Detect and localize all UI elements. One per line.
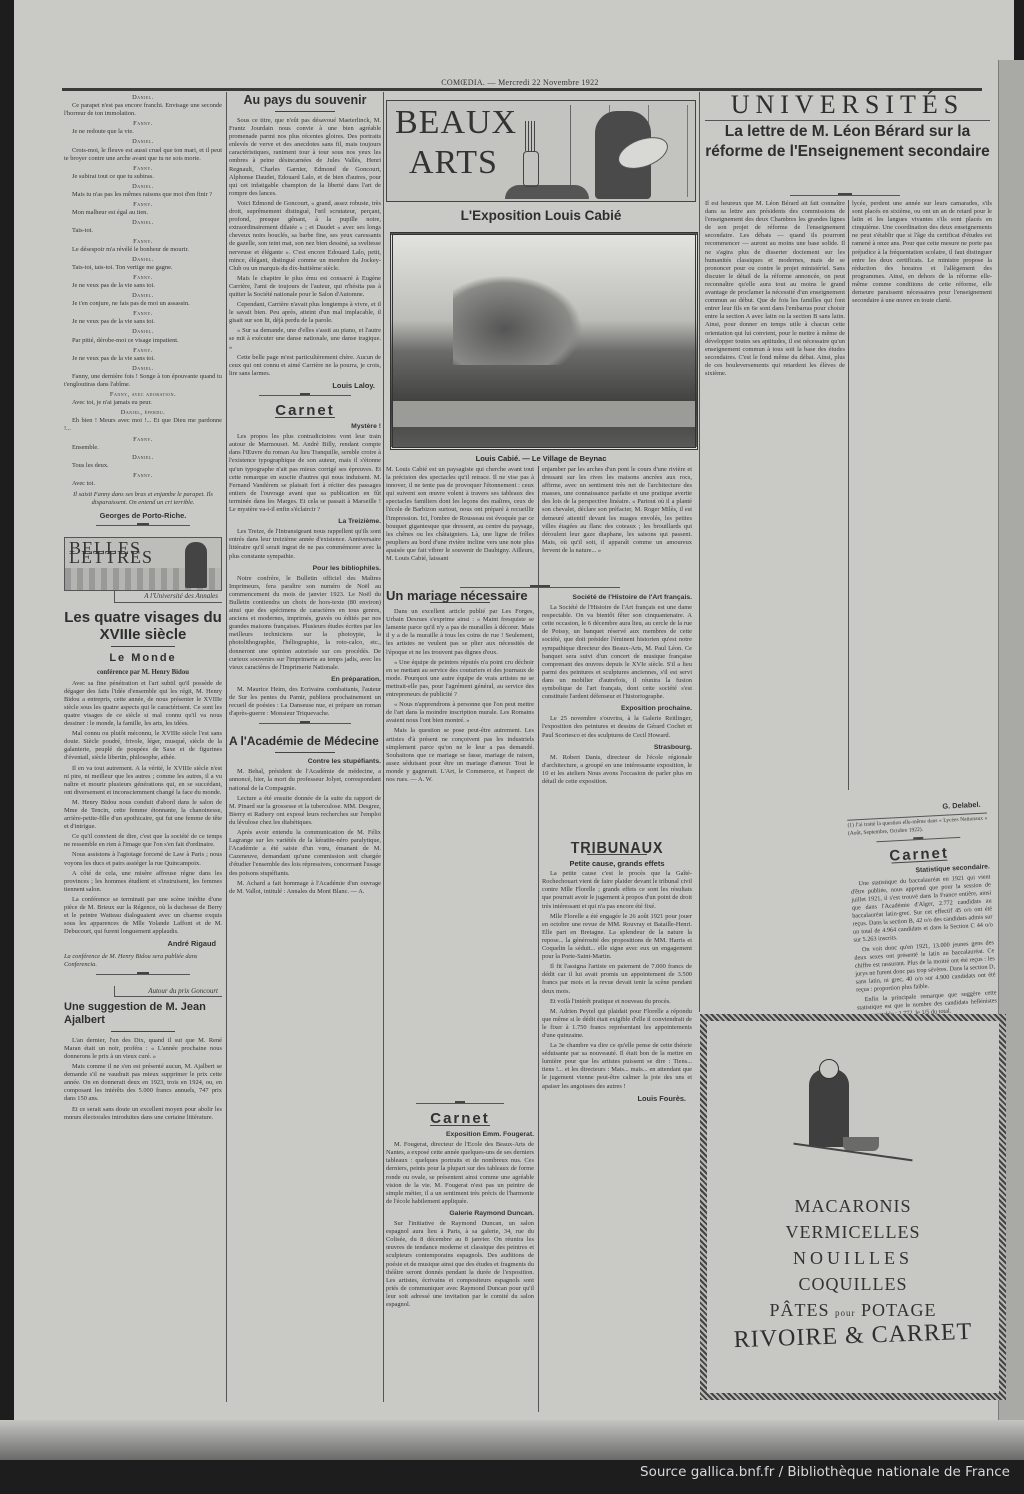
paragraph: Mais la question se pose peut-être autre… (386, 727, 534, 784)
dialogue-line: Je ne veux pas de la vie sans toi. (64, 355, 222, 363)
ornament-divider (96, 974, 191, 981)
dialogue-line: Avec toi, je n'ai jamais eu peur. (64, 399, 222, 407)
paragraph: Ce qu'il convient de dire, c'est que la … (64, 833, 222, 849)
carnet-text: Les Treize, de l'Intransigeant nous rapp… (229, 528, 381, 560)
carnet-text: M. Maurice Heim, des Ecrivains combattan… (229, 686, 381, 718)
carnet-title: Carnet (229, 407, 381, 415)
column-divider (538, 466, 539, 1412)
cooking-pot-icon (843, 1137, 879, 1151)
universites-body-left: Il est heureux que M. Léon Bérard ait fa… (705, 200, 845, 990)
tribunaux-body: La petite cause c'est le procès que la G… (542, 870, 692, 1090)
strasbourg-heading: Strasbourg. (542, 744, 692, 752)
speaker-name: Fanny. (64, 120, 222, 128)
paragraph: Mlle Florelle a été engagée le 26 août 1… (542, 913, 692, 962)
page-shadow (0, 1420, 1024, 1460)
paragraph: Mais comme il ne s'en est présenté aucun… (64, 1063, 222, 1103)
paragraph: Avec sa fine pénétration et l'art subtil… (64, 680, 222, 729)
stage-direction: Il saisit Fanny dans ses bras et enjambe… (64, 491, 222, 507)
carnet-title: Carnet (386, 1115, 534, 1123)
article-signature: André Rigaud (70, 940, 216, 948)
product-list: MACARONIS VERMICELLES NOUILLES COQUILLES… (707, 1193, 999, 1326)
speaker-name: Daniel. (64, 292, 222, 300)
paragraph: M. Achard a fait hommage à l'Académie d'… (229, 880, 381, 896)
paragraph: Cependant, Carrière n'avait plus longtem… (229, 301, 381, 325)
potage-word: POTAGE (861, 1300, 937, 1320)
goncourt-title: Une suggestion de M. Jean Ajalbert (64, 1001, 222, 1027)
dialogue-line: Crois-moi, le fleuve est aussi cruel que… (64, 147, 222, 163)
dialogue-line: Ensemble. (64, 444, 222, 452)
paragraph: Cette belle page m'est particulièrement … (229, 354, 381, 378)
ornament-divider (259, 395, 350, 402)
speaker-name: Fanny. (64, 165, 222, 173)
carnet-body: Une statistique du baccalauréat en 1921 … (850, 873, 997, 1020)
landscape-photo (390, 232, 698, 450)
academie-body: M. Behal, président de l'Académie de méd… (229, 768, 381, 895)
speaker-name: Fanny. (64, 436, 222, 444)
belles-lettres-rubric: BELLES LETTRES (64, 537, 222, 591)
dialogue-line: Mon malheur est égal au tien. (64, 209, 222, 217)
product-item: VERMICELLES (707, 1219, 999, 1245)
column-divider (848, 200, 849, 790)
speaker-name: Fanny. (64, 472, 222, 480)
speaker-name: Daniel. (64, 219, 222, 227)
carnet-text: Les propos les plus contradictoires vont… (229, 433, 381, 514)
paragraph: Sous ce titre, que n'eût pas désavoué Ma… (229, 117, 381, 198)
expo-body: Le 25 novembre s'ouvrira, à la Galerie R… (542, 715, 692, 739)
dialogue-line: Avec toi. (64, 480, 222, 488)
source-credit: Source gallica.bnf.fr / Bibliothèque nat… (0, 1464, 1010, 1480)
goncourt-body: L'an dernier, l'un des Dix, quand il sut… (64, 1037, 222, 1122)
pasta-advertisement: MACARONIS VERMICELLES NOUILLES COQUILLES… (700, 1014, 1006, 1400)
speaker-name: Fanny. (64, 347, 222, 355)
rubric-word-arts: ARTS (409, 145, 498, 181)
academie-subhead: Contre les stupéfiants. (229, 758, 381, 766)
carnet-text: Notre confrère, le Bulletin officiel des… (229, 575, 381, 672)
product-item: MACARONIS (707, 1193, 999, 1219)
play-signature: Georges de Porto-Riche. (64, 512, 222, 520)
speaker-name: Fanny. (64, 238, 222, 246)
mariage-column: Un mariage nécessaire Dans un excellent … (386, 590, 534, 1050)
souvenir-body: Sous ce titre, que n'eût pas désavoué Ma… (229, 117, 381, 378)
tribunaux-title: TRIBUNAUX (553, 844, 681, 852)
universites-body-right: lycée, perdent une année sur leurs camar… (852, 200, 992, 800)
speaker-name: Fanny. (64, 201, 222, 209)
product-item: COQUILLES (707, 1271, 999, 1297)
river-shape (393, 401, 695, 427)
running-head: COMŒDIA. — Mercredi 22 Novembre 1922 (60, 78, 980, 87)
paragraph: M. Behal, président de l'Académie de méd… (229, 768, 381, 792)
article-subtitle: Le Monde (64, 652, 222, 665)
goncourt-caption: Autour du prix Goncourt (114, 986, 222, 997)
title-rule (275, 752, 336, 753)
column-divider (383, 92, 384, 1402)
paragraph: L'an dernier, l'un des Dix, quand il sut… (64, 1037, 222, 1061)
dialogue-line: Tais-toi. (64, 227, 222, 235)
carnet-items: Exposition Emm. Fougerat.M. Fougerat, di… (386, 1131, 534, 1309)
cabie-body-left: M. Louis Cabié est un paysagiste qui che… (386, 466, 534, 576)
speaker-name: Daniel. (64, 256, 222, 264)
paragraph: « Nous n'apprendrons à personne que l'on… (386, 701, 534, 725)
column-divider (226, 92, 227, 1402)
cabie-body-right: enjamber par les arches d'un pont le cou… (542, 466, 692, 576)
footnote: (1) J'ai traité la question elle-même da… (847, 812, 988, 837)
tribunaux-subtitle: Petite cause, grands effets (542, 860, 692, 868)
paragraph: Il fit l'assigna l'artiste en paiement d… (542, 963, 692, 995)
beaux-arts-rubric: BEAUX ARTS (386, 100, 696, 202)
title-rule (111, 646, 174, 647)
dialogue-line: Je ne veux pas de la vie sans toi. (64, 318, 222, 326)
dialogue-line: Je t'en conjure, ne fais pas de moi un a… (64, 300, 222, 308)
carnet-text: M. Fougerat, directeur de l'Ecole des Be… (386, 1141, 534, 1206)
tribunaux-signature: Louis Fourès. (548, 1095, 686, 1103)
speaker-name: Fanny, avec adoration. (64, 391, 222, 399)
carnet-text: Sur l'initiative de Raymond Duncan, un s… (386, 1220, 534, 1309)
universites-title: La lettre de M. Léon Bérard sur la réfor… (705, 122, 990, 162)
paragraph: Et ce serait sans doute un excellent moy… (64, 1106, 222, 1122)
dialogue-line: Mais tu n'as pas les mêmes raisons que m… (64, 191, 222, 199)
cook-figure-illustration (809, 1069, 849, 1147)
ornament-divider (416, 1103, 505, 1110)
title-rule (111, 1031, 174, 1032)
speaker-name: Daniel. (64, 94, 222, 102)
expo-heading: Exposition prochaine. (542, 705, 692, 713)
dialogue-line: Tais-toi, tais-toi. Ton vertige me gagne… (64, 264, 222, 272)
speaker-name: Daniel. (64, 183, 222, 191)
dialogue-line: Fanny, une dernière fois ! Songe à ton é… (64, 373, 222, 389)
dialogue-line: Par pitié, dérobe-moi ce visage impatien… (64, 337, 222, 345)
vase-icon (523, 151, 539, 187)
table-illustration (505, 185, 589, 199)
paragraph: Et voilà l'intérêt pratique et nouveau d… (542, 998, 692, 1006)
carnet-heading: Mystère ! (229, 423, 381, 431)
article-title: Les quatre visages du XVIIIe siècle (64, 609, 222, 643)
brushes-icon (525, 121, 535, 151)
speaker-name: Daniel. (64, 454, 222, 462)
paragraph: M. Adrien Peytel qui plaidait pour Flore… (542, 1008, 692, 1040)
speaker-name: Daniel. (64, 365, 222, 373)
paragraph: « Sur sa demande, une d'elles s'assit au… (229, 327, 381, 351)
column-2: Au pays du souvenir Sous ce titre, que n… (229, 92, 381, 1412)
paragraph: La 3e chambre va dire ce qu'elle pense d… (542, 1042, 692, 1091)
paragraph: A côté de cela, une misère affreuse régn… (64, 870, 222, 894)
paragraph: Voici Edmond de Goncourt, « grand, assez… (229, 200, 381, 273)
dialogue-line: Eh bien ! Meurs avec moi !... Et que Die… (64, 417, 222, 433)
product-item: NOUILLES (707, 1245, 999, 1271)
paragraph: La petite cause c'est le procès que la G… (542, 870, 692, 910)
article-body: Avec sa fine pénétration et l'art subtil… (64, 680, 222, 937)
paragraph: M. Henry Bidou nous conduit d'abord dans… (64, 799, 222, 831)
rubric-word-beaux: BEAUX (395, 105, 517, 141)
play-excerpt: Daniel.Ce parapet n'est pas encore franc… (64, 94, 222, 488)
tribunaux-column: TRIBUNAUX Petite cause, grands effets La… (542, 842, 692, 1312)
mariage-body: Dans un excellent article publié par Les… (386, 608, 534, 784)
paragraph: Lecture a été ensuite donnée de la suite… (229, 795, 381, 827)
paragraph: Mal connu ou plutôt méconnu, le XVIIIe s… (64, 730, 222, 762)
rubric-caption: A l'Université des Annales (114, 591, 222, 602)
universites-footer: G. Delabel. (1) J'ai traité la question … (846, 796, 997, 1022)
exposition-title: L'Exposition Louis Cabié (386, 208, 696, 223)
dialogue-line: Je subirai tout ce que tu subiras. (64, 173, 222, 181)
paragraph: « Une équipe de peintres réputés n'a poi… (386, 659, 534, 699)
pour-word: pour (835, 1308, 856, 1318)
carnet-items: Mystère !Les propos les plus contradicto… (229, 423, 381, 718)
dialogue-line: Je ne redoute que la vie. (64, 128, 222, 136)
paragraph: Dans un excellent article publié par Les… (386, 608, 534, 657)
carnet-column-3: Carnet Exposition Emm. Fougerat.M. Fouge… (386, 1098, 534, 1412)
title-rule (275, 111, 336, 112)
paragraph: Mais le chapitre le plus ému est consacr… (229, 275, 381, 299)
universites-rubric: UNIVERSITÉS (705, 90, 990, 121)
dialogue-line: Je ne veux pas de la vie sans toi. (64, 282, 222, 290)
article-note: La conférence de M. Henry Bidou sera pub… (64, 953, 222, 969)
souvenir-signature: Louis Laloy. (235, 382, 375, 390)
ornament-divider (259, 723, 350, 730)
carnet-heading: Galerie Raymond Duncan. (386, 1210, 534, 1218)
cliff-village-shape (453, 275, 583, 365)
speaker-name: Daniel. (64, 138, 222, 146)
carnet-heading: Exposition Emm. Fougerat. (386, 1131, 534, 1139)
societe-heading: Société de l'Histoire de l'Art français. (542, 594, 692, 602)
paragraph: Une statistique du baccalauréat en 1921 … (850, 873, 993, 944)
dialogue-line: Tous les deux. (64, 462, 222, 470)
carnet-heading: Pour les bibliophiles. (229, 565, 381, 573)
mariage-title: Un mariage nécessaire (386, 592, 534, 600)
dialogue-line: Le désespoir m'a révélé le bonheur de mo… (64, 246, 222, 254)
speaker-name: Daniel, éperdu. (64, 409, 222, 417)
column-1: Daniel.Ce parapet n'est pas encore franc… (64, 92, 222, 1412)
paragraph: Il en va tout autrement. A la vérité, le… (64, 765, 222, 797)
societe-body: La Société de l'Histoire de l'Art frança… (542, 604, 692, 701)
cook-head-illustration (819, 1059, 839, 1079)
photo-caption: Louis Cabié. — Le Village de Beynac (386, 454, 696, 463)
academie-title: A l'Académie de Médecine (229, 735, 381, 748)
strasbourg-body: M. Robert Danis, directeur de l'école ré… (542, 754, 692, 786)
souvenir-title: Au pays du souvenir (229, 94, 381, 107)
article-byline: conférence par M. Henry Bidou (64, 669, 222, 677)
dialogue-line: Ce parapet n'est pas encore franchi. Env… (64, 102, 222, 118)
ornament-divider (96, 525, 191, 532)
carnet-heading: La Treizième. (229, 518, 381, 526)
carnet-heading: En préparation. (229, 676, 381, 684)
paragraph: Après avoir entendu la communication de … (229, 829, 381, 878)
reading-figure-illustration (185, 542, 207, 588)
pates-word: PÂTES (769, 1300, 829, 1320)
paragraph: La conférence se terminait par une scène… (64, 896, 222, 936)
paragraph: Nous assistons à l'agiotage forcené de L… (64, 851, 222, 867)
speaker-name: Fanny. (64, 310, 222, 318)
carnet-title: Carnet (849, 847, 989, 862)
column-divider (699, 92, 700, 1012)
speaker-name: Fanny. (64, 274, 222, 282)
art-news-column: Société de l'Histoire de l'Art français.… (542, 590, 692, 840)
speaker-name: Daniel. (64, 328, 222, 336)
paragraph: On voit donc qu'en 1921, 13.000 jeunes g… (854, 939, 996, 994)
